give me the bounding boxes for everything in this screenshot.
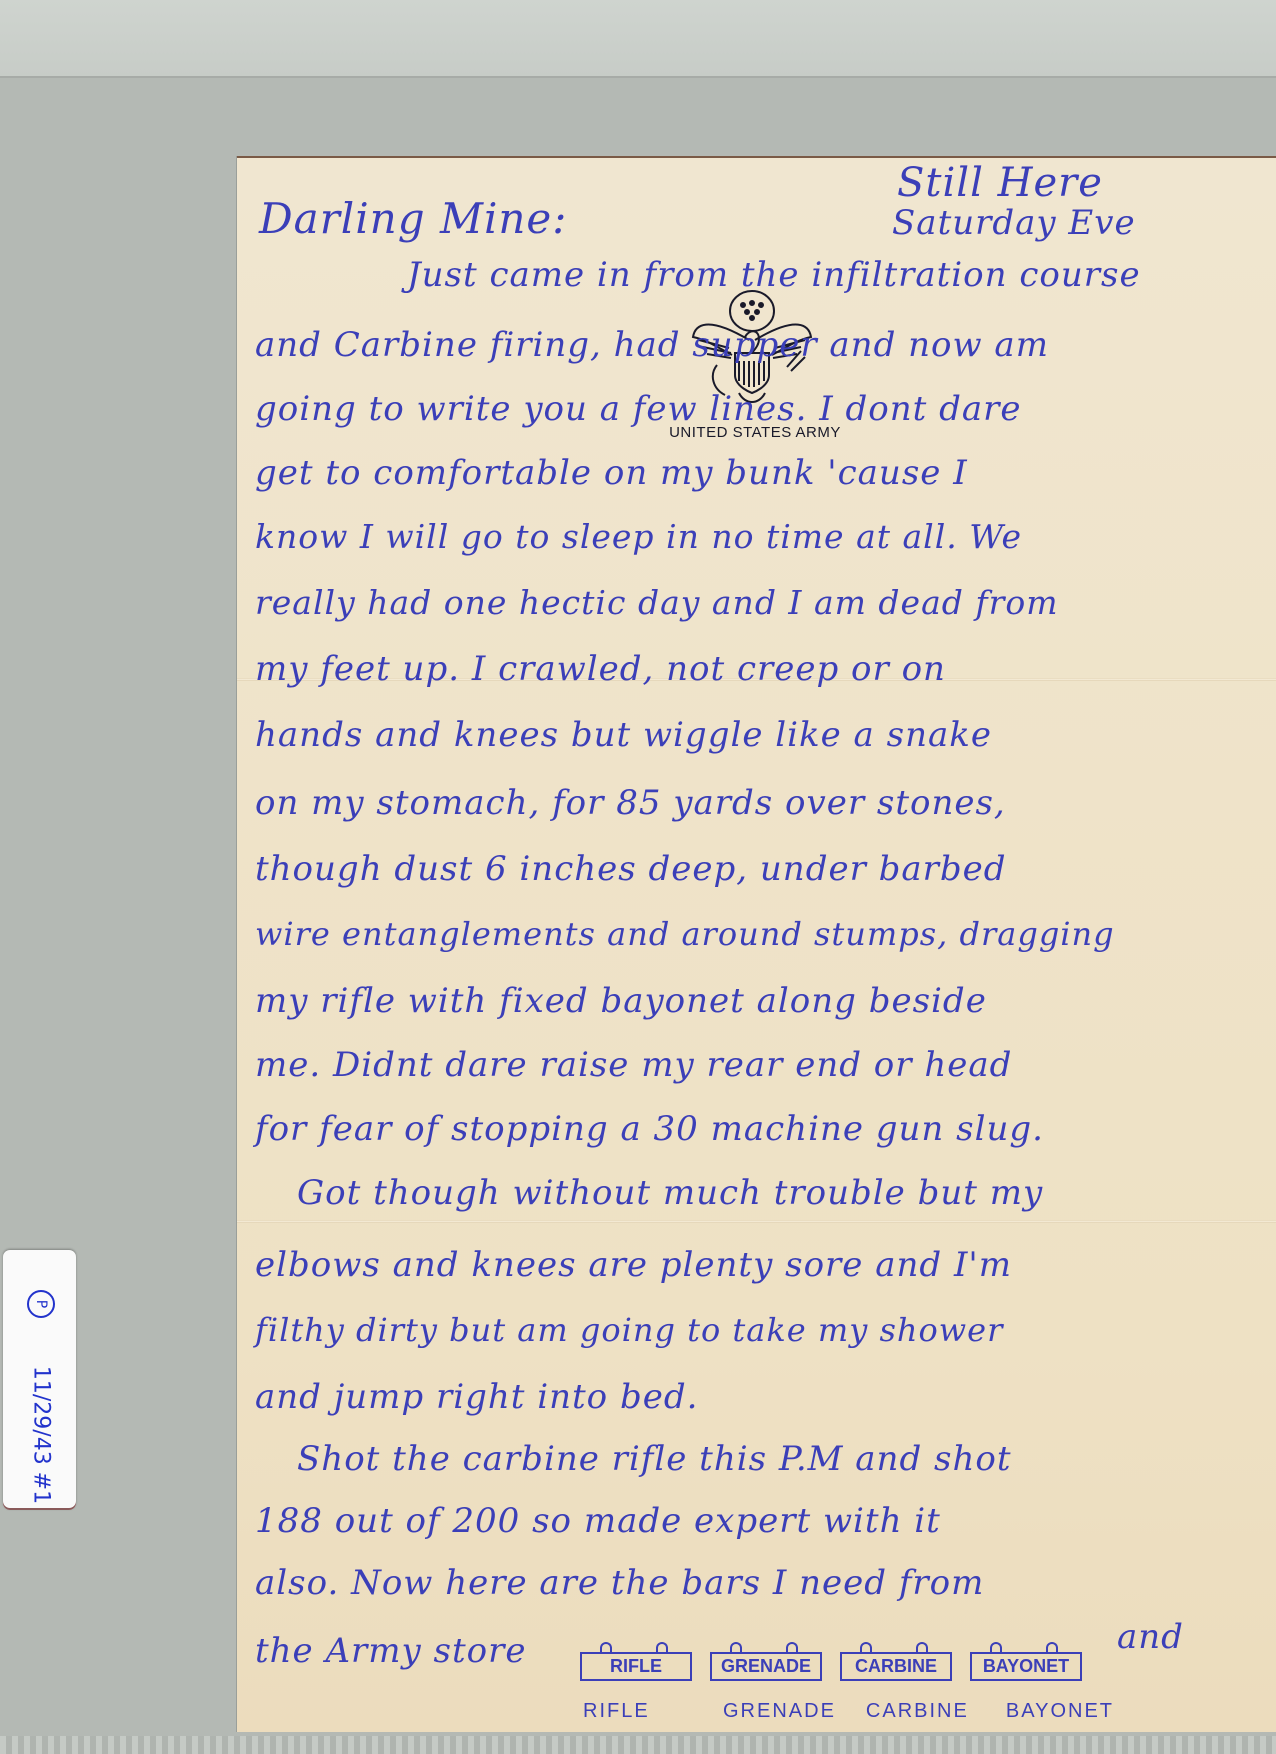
bar-grenade: GRENADE	[710, 1652, 822, 1681]
letter-line: for fear of stopping a 30 machine gun sl…	[255, 1112, 1044, 1146]
letter-line: my rifle with fixed bayonet along beside	[255, 984, 987, 1018]
letter-line: the Army store	[255, 1634, 527, 1668]
insignia-bars-row: RIFLE GRENADE CARBINE BAYONET	[580, 1652, 1082, 1681]
letter-line: also. Now here are the bars I need from	[255, 1566, 984, 1600]
bar-label-grenade: GRENADE	[723, 1700, 836, 1723]
letter-line: Shot the carbine rifle this P.M and shot	[297, 1442, 1012, 1476]
bar-label-bayonet: BAYONET	[1006, 1700, 1116, 1723]
scanner-top-band	[0, 0, 1276, 78]
insignia-bar-labels: RIFLE GRENADE CARBINE BAYONET	[583, 1700, 1116, 1723]
letter-line: my feet up. I crawled, not creep or on	[255, 652, 946, 686]
letter-line: elbows and knees are plenty sore and I'm	[255, 1248, 1012, 1282]
salutation: Darling Mine:	[259, 198, 567, 240]
letter-line: Got though without much trouble but my	[297, 1176, 1043, 1210]
header-date: Saturday Eve	[892, 206, 1136, 240]
bar-label-carbine: CARBINE	[866, 1700, 976, 1723]
letter-line: and jump right into bed.	[255, 1380, 698, 1414]
letter-line: on my stomach, for 85 yards over stones,	[255, 786, 1006, 820]
letter-line: know I will go to sleep in no time at al…	[255, 520, 1022, 553]
letter-line: get to comfortable on my bunk 'cause I	[255, 456, 968, 490]
trailing-word: and	[1117, 1620, 1184, 1654]
sleeve-perforation	[0, 1736, 1276, 1754]
letter-line: really had one hectic day and I am dead …	[255, 586, 1059, 619]
bar-label-rifle: RIFLE	[583, 1700, 693, 1723]
bar-bayonet: BAYONET	[970, 1652, 1082, 1681]
archive-tag: P 11/29/43 #1	[3, 1250, 76, 1510]
bar-carbine: CARBINE	[840, 1652, 952, 1681]
letter-line: me. Didnt dare raise my rear end or head	[255, 1048, 1012, 1082]
letter-line: hands and knees but wiggle like a snake	[255, 718, 992, 752]
letter-line: going to write you a few lines. I dont d…	[255, 392, 1022, 426]
letter-page: UNITED STATES ARMY Still Here Saturday E…	[237, 156, 1276, 1732]
letter-line: 188 out of 200 so made expert with it	[255, 1504, 941, 1538]
letter-line: filthy dirty but am going to take my sho…	[255, 1314, 1003, 1346]
letter-line: and Carbine firing, had supper and now a…	[255, 328, 1049, 362]
archive-tag-text: 11/29/43 #1	[29, 1366, 54, 1504]
letter-line: though dust 6 inches deep, under barbed	[255, 852, 1007, 886]
letter-line: Just came in from the infiltration cours…	[407, 258, 1141, 292]
header-location: Still Here	[897, 163, 1103, 203]
fold-line	[237, 1220, 1276, 1223]
bar-rifle: RIFLE	[580, 1652, 692, 1681]
letter-line: wire entanglements and around stumps, dr…	[255, 918, 1115, 950]
archive-tag-mark: P	[27, 1290, 55, 1318]
